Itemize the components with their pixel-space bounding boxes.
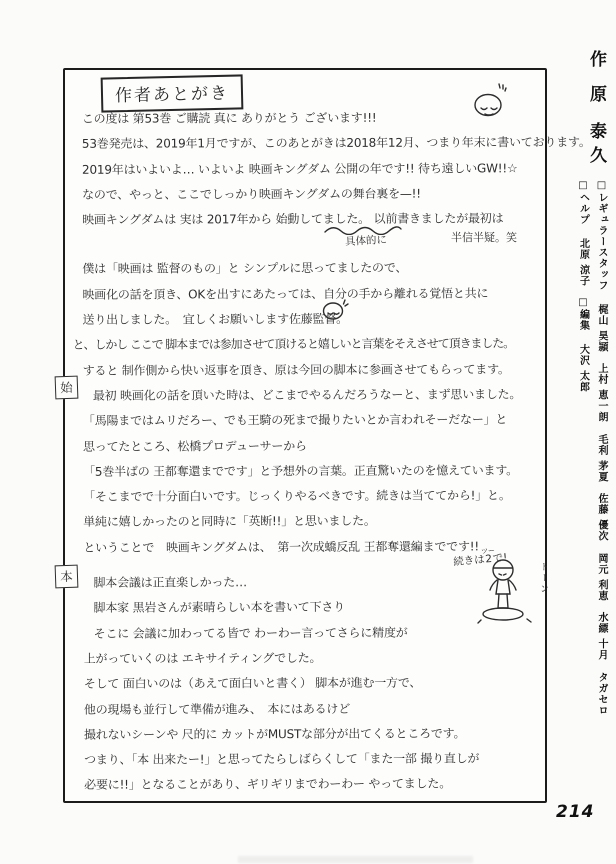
afterword-line: 上がっていくのは エキサイティングでした。: [84, 645, 542, 672]
afterword-line: 脚本会議は正直楽しかった…: [83, 569, 541, 596]
afterword-line: すると 制作側から快い返事を頂き、原は今回の脚本に参画させてもらってます。: [83, 357, 541, 384]
staff-heading: □レギュラースタッフ: [596, 180, 607, 291]
afterword-line: つまり、「本 出来たー!」と思ってたらしばらくして「また一部 撮り直しが: [84, 746, 542, 773]
afterword-line: 僕は「映画は 監督のもの」と シンプルに思ってましたので、: [82, 256, 540, 283]
standing-figure-doodle: トーン: [475, 556, 553, 628]
staff-name: タガセロ: [596, 672, 607, 716]
author-credit: 作原 泰久: [587, 50, 604, 170]
staff-name: 北原 涼子: [578, 238, 589, 286]
sound-effect-text: トーン: [537, 562, 550, 595]
margin-mark-script: 本: [55, 565, 79, 589]
afterword-line: 「5巻半ばの 王都奪還までです」と予想外の言葉。正直驚いたのを憶えています。: [83, 458, 541, 485]
author-name: 原 泰久: [586, 85, 606, 170]
figure-drawing: [475, 556, 535, 628]
afterword-line: そこに 会議に加わってる皆で わーわー言ってさらに精度が: [84, 620, 542, 647]
afterword-line: 単純に嬉しかったのと同時に「英断!!」と思いました。: [83, 509, 541, 536]
afterword-frame: 作者あとがき この度は 第53巻 ご購読 真に ありがとう ございます!!! 5…: [63, 68, 547, 803]
afterword-line: 「そこまでで十分面白いです。じっくりやるべきです。続きは当ててから!」と。: [83, 483, 541, 510]
afterword-line: そして 面白いのは（あえて面白いと書く） 脚本が進む一方で、: [84, 670, 542, 697]
small-face-doodle: [320, 296, 350, 324]
staff-name: 岡元 利恵: [596, 553, 607, 601]
afterword-line: 最初 映画化の話を頂いた時は、どこまでやるんだろうなーと、まず思いました。: [83, 382, 541, 409]
staff-name: 大沢 太郎: [578, 344, 589, 392]
staff-name: 佐藤 優次: [596, 493, 607, 541]
afterword-line: 53巻発売は、2019年1月ですが、このあとがきは2018年12月、つまり年末に…: [82, 130, 540, 157]
staff-name: 上村 恵一朗: [596, 363, 607, 422]
afterword-line: 脚本家 黒岩さんが素晴らしい本を書いて下さり: [84, 595, 542, 622]
author-label: 作: [586, 50, 606, 67]
cropped-caption-smudge: [238, 856, 473, 863]
staff-name: 水縹 十月: [596, 612, 607, 660]
afterword-line: 撮れないシーンや 尺的に カットがMUSTな部分が出てくるところです。: [84, 721, 542, 748]
staff-credits: □レギュラースタッフ梶山 昊頴上村 恵一朗毛利 茅夏佐藤 優次岡元 利恵水縹 十…: [577, 180, 607, 830]
afterword-line: 思ってたところ、松橋プロデューサーから: [83, 433, 541, 460]
afterword-line: 他の現場も並行して準備が進み、 本にはあるけど: [84, 696, 542, 723]
afterword-line: 必要に!!」となることがあり、ギリギリまでわーわー やってました。: [84, 772, 542, 799]
staff-heading: □編集: [578, 297, 589, 331]
afterword-line: 2019年はいよいよ… いよいよ 映画キングダム 公開の年です!! 待ち遠しいG…: [82, 156, 540, 183]
afterword-text: この度は 第53巻 ご購読 真に ありがとう ございます!!! 53巻発売は、2…: [82, 105, 542, 798]
staff-name: 毛利 茅夏: [596, 434, 607, 482]
bowing-face-doodle: [468, 82, 512, 120]
afterword-line: 「馬陽まではムリだろー、でも王騎の死まで撮りたいとか言われそーだなー」と: [83, 407, 541, 434]
side-note: 半信半疑。笑: [451, 229, 517, 245]
afterword-line: 映画化の話を頂き、OKを出すにあたっては、自分の手から離れる覚悟と共に: [82, 281, 540, 308]
staff-name: 梶山 昊頴: [596, 304, 607, 352]
page-number: 214: [556, 802, 595, 822]
afterword-line: 送り出しました。 宜しくお願いします佐藤監督。: [82, 306, 540, 333]
staff-heading: □ヘルプ: [578, 180, 589, 225]
staff-column-help-edit: □ヘルプ北原 涼子□編集大沢 太郎: [577, 180, 589, 830]
afterword-line: と、しかし ここで 脚本までは参加させて頂けると嬉しいと言葉をそえさせて頂きまし…: [73, 332, 541, 359]
insert-note: 具体的に: [345, 232, 388, 249]
margin-mark-start: 始: [55, 376, 79, 400]
afterword-line: なので、やっと、ここでしっかり映画キングダムの舞台裏を—!!: [82, 181, 540, 208]
staff-column-regular: □レギュラースタッフ梶山 昊頴上村 恵一朗毛利 茅夏佐藤 優次岡元 利恵水縹 十…: [596, 180, 608, 830]
sequel-note-furigana: ツー: [481, 547, 496, 556]
